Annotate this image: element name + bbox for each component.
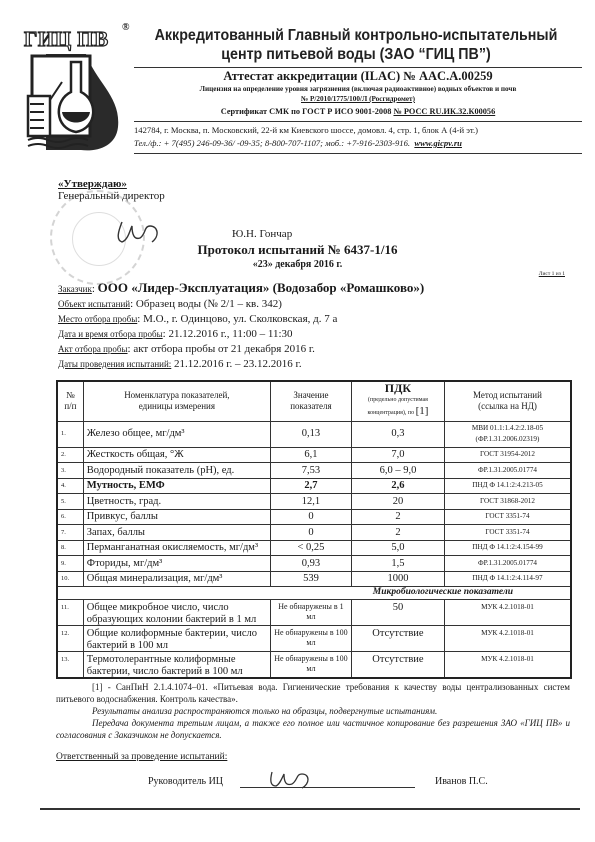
row-method: ПНД Ф 14.1:2:4.154-99	[444, 540, 571, 556]
object-value: Образец воды (№ 2/1 – кв. 342)	[136, 298, 282, 310]
license-number: № Р/2010/1775/100/Л (Росгидромет)	[301, 95, 415, 103]
row-num: 5.	[57, 494, 83, 510]
header-pdk-ref: [1]	[416, 405, 429, 417]
company-name-line2: центр питьевой воды (ЗАО “ГИЦ ПВ”)	[148, 45, 564, 64]
table-row: 9.Фториды, мг/дм³0,931,5ФР.1.31.2005.017…	[57, 556, 571, 572]
table-row: 4.Мутность, ЕМФ2,72,6ПНД Ф 14.1:2:4.213-…	[57, 478, 571, 494]
test-dates-label: Даты проведения испытаний:	[58, 359, 171, 369]
row-name: Общая минерализация, мг/дм³	[83, 571, 270, 587]
row-pdk: 1,5	[351, 556, 444, 572]
sheet-number: Лист 1 из 1	[539, 271, 565, 277]
row-num: 3.	[57, 463, 83, 479]
place-label: Место отбора пробы	[58, 314, 137, 324]
flask-drop-logo-icon	[26, 52, 126, 152]
license-line1: Лицензия на определение уровня загрязнен…	[134, 84, 582, 94]
row-pdk: 5,0	[351, 540, 444, 556]
place-row: Место отбора пробы: М.О., г. Одинцово, у…	[58, 312, 568, 327]
row-pdk: 2	[351, 525, 444, 541]
row-name: Термотолерантные колиформные бактерии, ч…	[83, 652, 270, 679]
header-name: Номенклатура показателей,единицы измерен…	[83, 381, 270, 421]
test-dates-row: Даты проведения испытаний: 21.12.2016 г.…	[58, 357, 568, 372]
section-title-text: Микробиологические показатели	[373, 587, 513, 599]
table-row: 12.Общие колиформные бактерии, число бак…	[57, 626, 571, 652]
row-num: 11.	[57, 600, 83, 626]
row-num: 10.	[57, 571, 83, 587]
divider	[134, 153, 582, 154]
row-name: Привкус, баллы	[83, 509, 270, 525]
row-pdk: 1000	[351, 571, 444, 587]
table-row: 5.Цветность, град.12,120ГОСТ 31868-2012	[57, 494, 571, 510]
header-pdk-title: ПДК	[355, 383, 441, 395]
row-value: 7,53	[270, 463, 351, 479]
row-method: МВИ 01.1:1.4.2:2.18-05 (ФР.1.31.2006.023…	[444, 421, 571, 447]
header-method: Метод испытаний(ссылка на НД)	[444, 381, 571, 421]
row-method: ФР.1.31.2005.01774	[444, 556, 571, 572]
copyright-note: Передача документа третьим лицам, а такж…	[56, 717, 570, 741]
row-pdk: Отсутствие	[351, 626, 444, 652]
table-row: 3.Водородный показатель (pH), ед.7,536,0…	[57, 463, 571, 479]
row-pdk: 0,3	[351, 421, 444, 447]
header-pdk-sub2: концентрация), по	[367, 410, 414, 416]
datetime-label: Дата и время отбора пробы	[58, 329, 163, 339]
table-row: 10.Общая минерализация, мг/дм³5391000ПНД…	[57, 571, 571, 587]
row-value: Не обнаружены в 100 мл	[270, 626, 351, 652]
approval-block: «Утверждаю» Генеральный директор	[58, 178, 165, 202]
row-method: ГОСТ 3351-74	[444, 509, 571, 525]
customer-label: Заказчик	[58, 284, 92, 294]
row-method: МУК 4.2.1018-01	[444, 626, 571, 652]
phones: Тел./ф.: + 7(495) 246-09-36/ -09-35; 8-8…	[134, 138, 410, 148]
row-num: 1.	[57, 421, 83, 447]
protocol-title: Протокол испытаний № 6437-1/16	[0, 242, 595, 258]
responsible-name: Иванов П.С.	[435, 776, 488, 787]
bottom-divider	[40, 808, 580, 810]
table-row: 13.Термотолерантные колиформные бактерии…	[57, 652, 571, 679]
header-name-line1: Номенклатура показателей,	[87, 390, 267, 402]
responsible-signature-icon	[266, 768, 316, 792]
responsible-signature-row: Руководитель ИЦ Иванов П.С.	[148, 776, 578, 787]
row-pdk: 6,0 – 9,0	[351, 463, 444, 479]
registered-mark: ®	[122, 22, 129, 33]
row-value: 0	[270, 509, 351, 525]
object-row: Объект испытаний: Образец воды (№ 2/1 – …	[58, 297, 568, 312]
director-name: Ю.Н. Гончар	[232, 228, 292, 240]
reference-note: [1] - СанПиН 2.1.4.1074–01. «Питьевая во…	[56, 681, 570, 705]
certificate-number: № РОСС RU.ИК.32.К00056	[393, 107, 495, 116]
row-name: Фториды, мг/дм³	[83, 556, 270, 572]
row-pdk: 20	[351, 494, 444, 510]
row-name: Водородный показатель (pH), ед.	[83, 463, 270, 479]
row-method: ГОСТ 3351-74	[444, 525, 571, 541]
responsible-label: Ответственный за проведение испытаний:	[56, 752, 227, 762]
row-num: 7.	[57, 525, 83, 541]
row-value: 0,13	[270, 421, 351, 447]
approval-position: Генеральный директор	[58, 190, 165, 202]
footnotes: [1] - СанПиН 2.1.4.1074–01. «Питьевая во…	[56, 681, 570, 741]
row-value: 0,93	[270, 556, 351, 572]
row-num: 9.	[57, 556, 83, 572]
header-num-line1: №	[61, 390, 80, 402]
header-value-line1: Значение	[274, 390, 348, 402]
row-value: Не обнаружены в 1 мл	[270, 600, 351, 626]
row-name: Общие колиформные бактерии, число бактер…	[83, 626, 270, 652]
table-row: 7.Запах, баллы02ГОСТ 3351-74	[57, 525, 571, 541]
row-method: ПНД Ф 14.1:2:4.114-97	[444, 571, 571, 587]
row-name: Мутность, ЕМФ	[83, 478, 270, 494]
row-method: ФР.1.31.2005.01774	[444, 463, 571, 479]
divider	[134, 121, 582, 122]
row-pdk: 7,0	[351, 447, 444, 463]
row-value: < 0,25	[270, 540, 351, 556]
row-method: МУК 4.2.1018-01	[444, 600, 571, 626]
row-name: Перманганатная окисляемость, мг/дм³	[83, 540, 270, 556]
header-method-line2: (ссылка на НД)	[448, 401, 567, 413]
row-method: ГОСТ 31954-2012	[444, 447, 571, 463]
row-value: 12,1	[270, 494, 351, 510]
license: Лицензия на определение уровня загрязнен…	[134, 84, 582, 104]
certificate: Сертификат СМК по ГОСТ Р ИСО 9001-2008 №…	[134, 107, 582, 116]
row-pdk: 50	[351, 600, 444, 626]
table-row: 1.Железо общее, мг/дм³0,130,3МВИ 01.1:1.…	[57, 421, 571, 447]
row-name: Жесткость общая, °Ж	[83, 447, 270, 463]
datetime-value: 21.12.2016 г., 11:00 – 11:30	[168, 328, 292, 340]
row-value: 6,1	[270, 447, 351, 463]
place-value: М.О., г. Одинцово, ул. Сколковская, д. 7…	[143, 313, 337, 325]
table-row: 6.Привкус, баллы02ГОСТ 3351-74	[57, 509, 571, 525]
logo-text: ГИЦ ПВ	[24, 27, 109, 52]
table-header-row: №п/п Номенклатура показателей,единицы из…	[57, 381, 571, 421]
website-link[interactable]: www.gicpv.ru	[414, 138, 462, 148]
row-method: ПНД Ф 14.1:2:4.213-05	[444, 478, 571, 494]
row-num: 2.	[57, 447, 83, 463]
responsible-position: Руководитель ИЦ	[148, 776, 223, 787]
company-name: Аккредитованный Главный контрольно-испыт…	[148, 26, 564, 64]
act-label: Акт отбора пробы	[58, 344, 128, 354]
row-value: 2,7	[270, 478, 351, 494]
protocol-date: «23» декабря 2016 г.	[0, 259, 595, 270]
object-label: Объект испытаний	[58, 299, 130, 309]
row-name: Цветность, град.	[83, 494, 270, 510]
approval-label: «Утверждаю»	[58, 178, 165, 190]
header-pdk: ПДК(предельно допустимаяконцентрация), п…	[351, 381, 444, 421]
company-logo: ГИЦ ПВ ®	[22, 22, 134, 152]
row-num: 4.	[57, 478, 83, 494]
table-row: 11.Общее микробное число, число образующ…	[57, 600, 571, 626]
results-table: №п/п Номенклатура показателей,единицы из…	[56, 380, 572, 679]
section-title: Микробиологические показатели	[57, 587, 571, 600]
row-name: Железо общее, мг/дм³	[83, 421, 270, 447]
row-pdk: 2	[351, 509, 444, 525]
row-name: Общее микробное число, число образующих …	[83, 600, 270, 626]
attestation: Аттестат аккредитации (ILAC) № AAC.A.002…	[134, 69, 582, 84]
row-pdk: 2,6	[351, 478, 444, 494]
scope-note: Результаты анализа распространяются толь…	[56, 705, 570, 717]
header-method-line1: Метод испытаний	[448, 390, 567, 402]
header-value-line2: показателя	[274, 401, 348, 413]
row-value: 539	[270, 571, 351, 587]
customer-value: ООО «Лидер-Эксплуатация» (Водозабор «Ром…	[98, 280, 425, 295]
company-name-line1: Аккредитованный Главный контрольно-испыт…	[148, 26, 564, 45]
row-method: ГОСТ 31868-2012	[444, 494, 571, 510]
act-value: акт отбора пробы от 21 декабря 2016 г.	[133, 343, 315, 355]
test-dates-value: 21.12.2016 г. – 23.12.2016 г.	[174, 358, 302, 370]
table-row: 8.Перманганатная окисляемость, мг/дм³< 0…	[57, 540, 571, 556]
row-num: 8.	[57, 540, 83, 556]
letterhead: ГИЦ ПВ ® Аккредитованный Главный контрол…	[22, 22, 582, 157]
table-row: 2.Жесткость общая, °Ж6,17,0ГОСТ 31954-20…	[57, 447, 571, 463]
address: 142784, г. Москва, п. Московский, 22-й к…	[134, 125, 584, 135]
customer-row: Заказчик: ООО «Лидер-Эксплуатация» (Водо…	[58, 280, 568, 297]
row-num: 6.	[57, 509, 83, 525]
act-row: Акт отбора пробы: акт отбора пробы от 21…	[58, 342, 568, 357]
row-num: 12.	[57, 626, 83, 652]
row-num: 13.	[57, 652, 83, 679]
row-method: МУК 4.2.1018-01	[444, 652, 571, 679]
datetime-row: Дата и время отбора пробы: 21.12.2016 г.…	[58, 327, 568, 342]
header-num: №п/п	[57, 381, 83, 421]
certificate-prefix: Сертификат СМК по ГОСТ Р ИСО 9001-2008	[221, 107, 394, 116]
row-name: Запах, баллы	[83, 525, 270, 541]
contacts: Тел./ф.: + 7(495) 246-09-36/ -09-35; 8-8…	[134, 138, 584, 148]
header-value: Значениепоказателя	[270, 381, 351, 421]
header-name-line2: единицы измерения	[87, 401, 267, 413]
header-num-line2: п/п	[61, 401, 80, 413]
row-pdk: Отсутствие	[351, 652, 444, 679]
divider	[134, 67, 582, 68]
section-row: Микробиологические показатели	[57, 587, 571, 600]
row-value: Не обнаружены в 100 мл	[270, 652, 351, 679]
row-value: 0	[270, 525, 351, 541]
sample-info: Заказчик: ООО «Лидер-Эксплуатация» (Водо…	[58, 280, 568, 372]
